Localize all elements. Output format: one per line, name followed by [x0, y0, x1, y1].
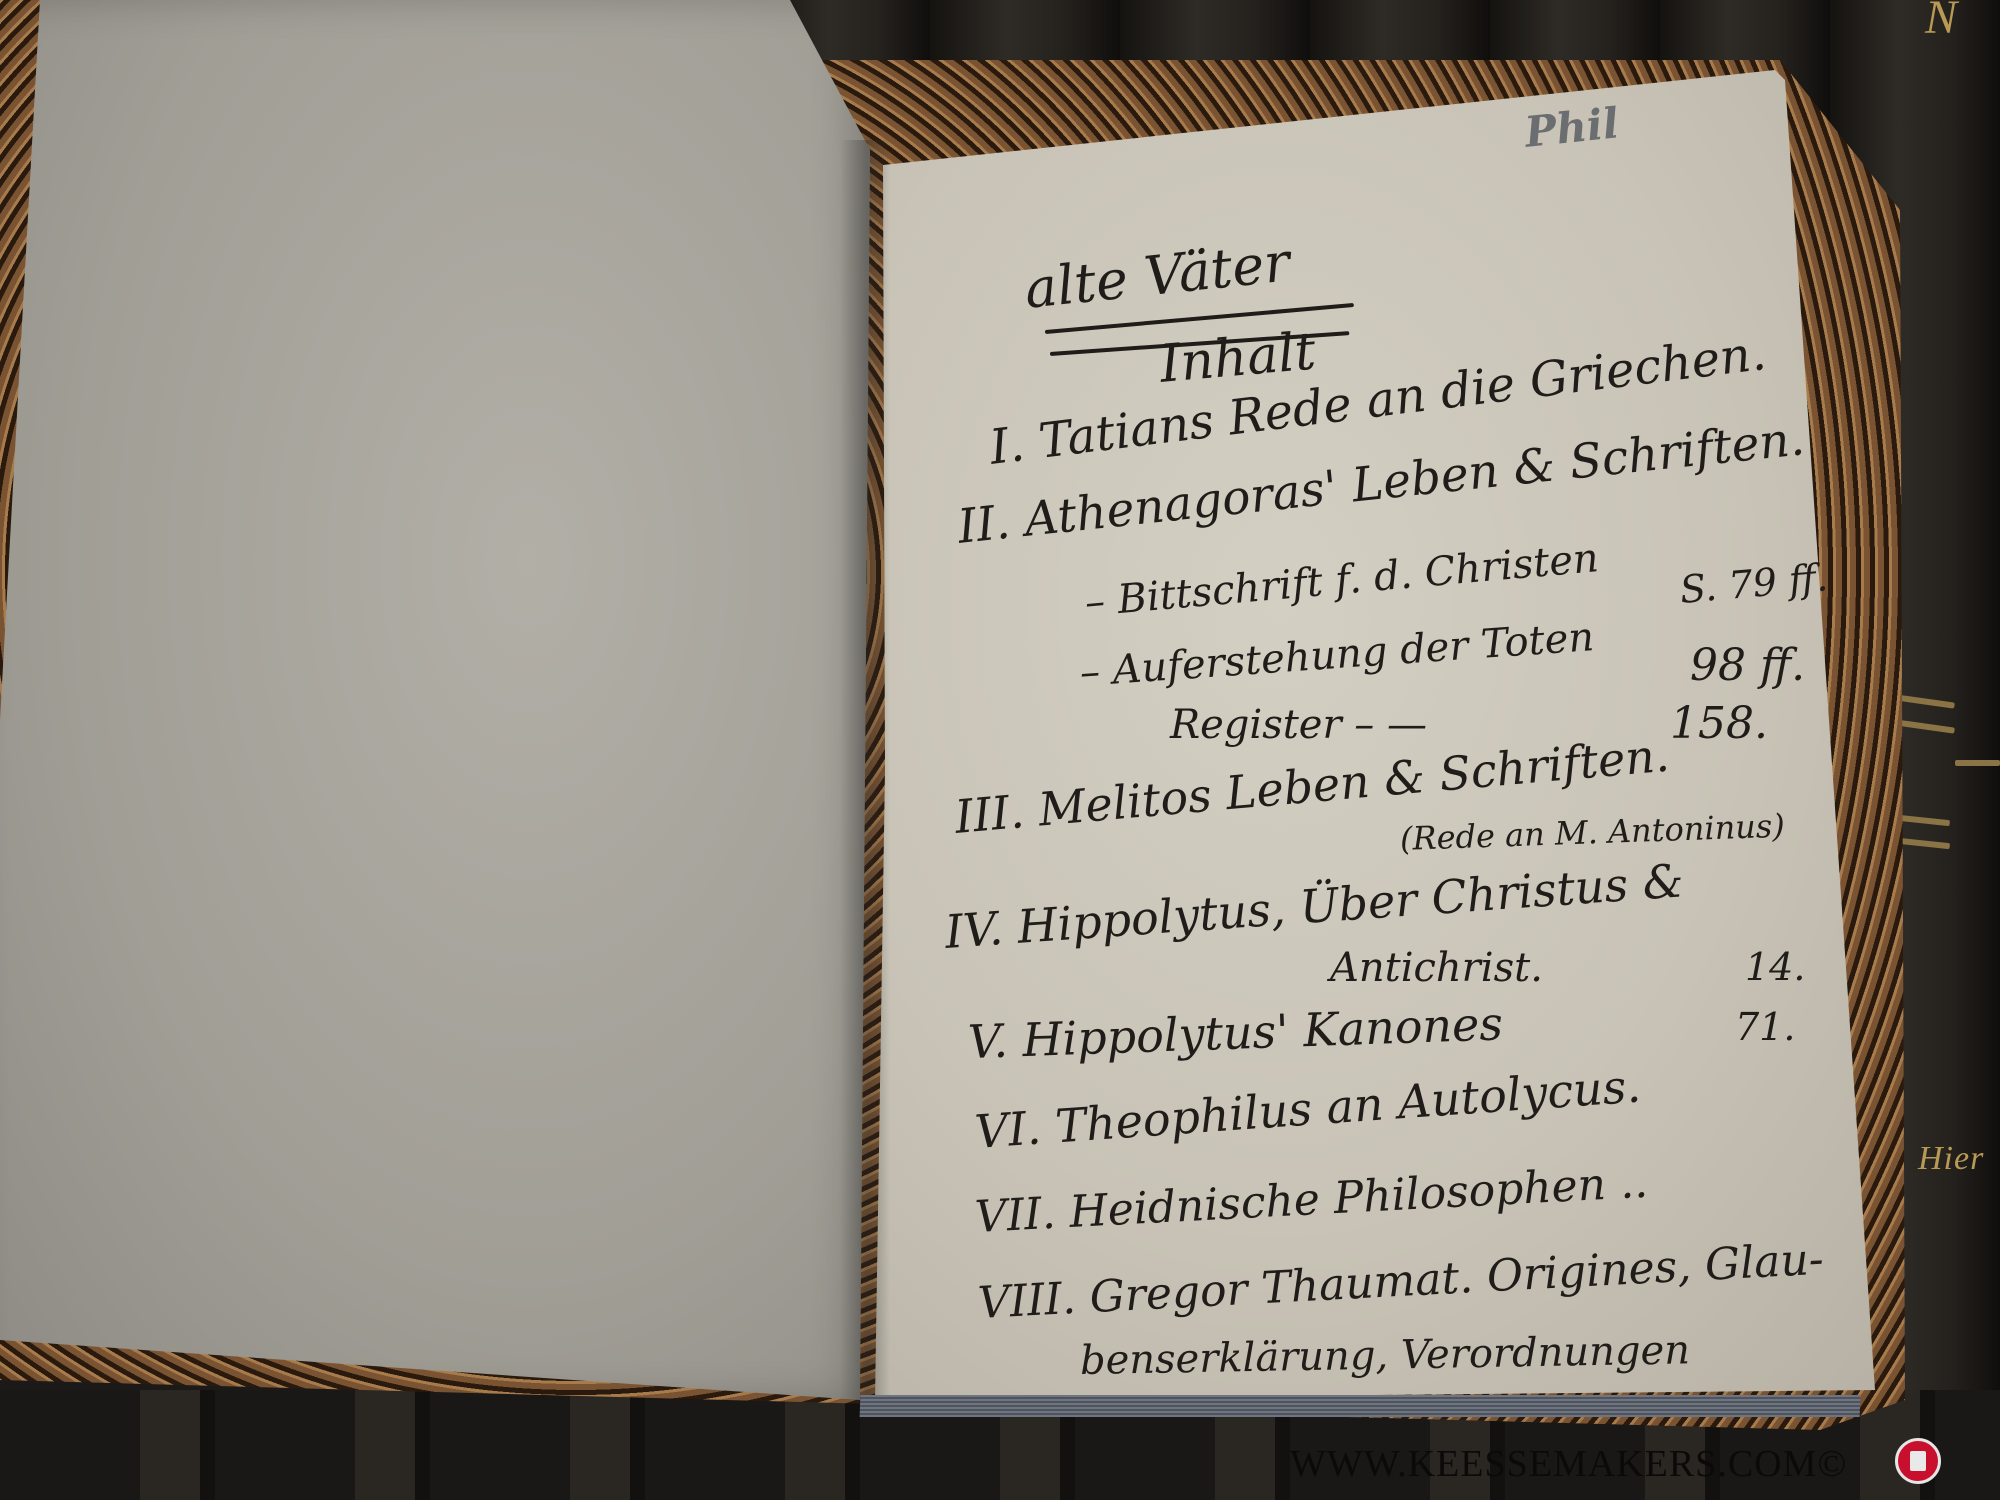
entry-numeral: VI.	[973, 1100, 1043, 1158]
entry-numeral: I.	[987, 416, 1028, 476]
entry-text: Register – —	[1170, 702, 1427, 748]
gilt-band	[1955, 760, 2000, 766]
entry-page: 14.	[1745, 945, 1805, 989]
left-endpaper	[0, 0, 880, 1400]
entry-page: 71.	[1735, 1005, 1795, 1049]
spine-title-right: Hier	[1918, 1140, 1984, 1178]
entry-numeral: II.	[955, 495, 1013, 555]
entry-page: 158.	[1670, 698, 1768, 749]
book-gutter	[840, 140, 890, 1400]
entry-page: 98 ff.	[1690, 640, 1805, 691]
seal-tower-icon	[1910, 1451, 1926, 1471]
entry-numeral: III.	[953, 784, 1027, 844]
entry-numeral: IV.	[943, 901, 1005, 959]
pencil-mark: Phil	[1522, 98, 1621, 157]
entry-numeral: V.	[967, 1014, 1009, 1069]
toc-entry: Antichrist.	[1330, 945, 1543, 991]
seal-logo-icon	[1895, 1438, 1941, 1484]
toc-entry: Register – —	[1170, 702, 1427, 748]
entry-text: Antichrist.	[1330, 945, 1543, 991]
spine-title-top-right: N	[1925, 0, 1958, 45]
entry-numeral: VII.	[974, 1188, 1057, 1243]
watermark-text: WWW.KEESSEMAKERS.COM©	[1290, 1442, 1847, 1486]
page-edges	[860, 1395, 1861, 1417]
entry-numeral: VIII.	[977, 1273, 1077, 1329]
